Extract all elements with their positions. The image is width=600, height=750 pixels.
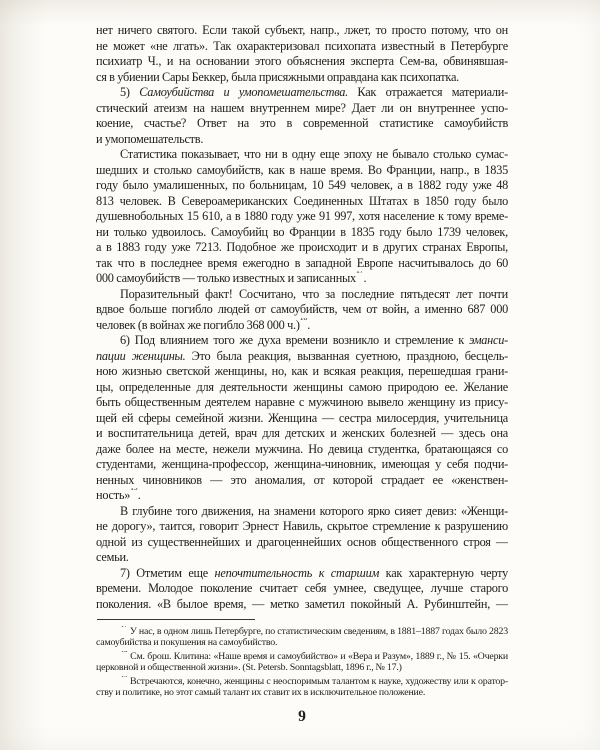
text-line: 5) Самоубийства и умопомешательства. Как… <box>96 85 508 101</box>
footnote-divider <box>97 619 255 620</box>
text-line: психиатр Ч., и на основании этого объясн… <box>96 54 508 70</box>
footnote-line: самоубийства и покушения на самоубийство… <box>96 637 508 648</box>
text-line: душевнобольных 15 610, а в 1880 году уже… <box>96 209 508 225</box>
text-segment: У нас, в одном лишь Петербурге, по стати… <box>128 626 508 637</box>
paragraph-1: нет ничего святого. Если такой субъект, … <box>96 23 508 85</box>
paragraph-4: Поразительный факт! Сосчитано, что за по… <box>96 287 508 334</box>
italic-segment: непочтительность к старшим <box>215 566 380 580</box>
text-line: семьи. <box>96 550 508 566</box>
text-line: быть общественным деятелем наравне с муж… <box>96 395 508 411</box>
text-line: ся в убиении Сары Беккер, была присяжным… <box>96 70 508 86</box>
paragraph-6: В глубине того движения, на знамени кото… <box>96 504 508 566</box>
text-line: студентами, женщина-профессор, женщина-ч… <box>96 457 508 473</box>
text-line: поколения. «В былое время, — метко замет… <box>96 597 508 613</box>
italic-segment: пации женщины. <box>96 349 185 363</box>
text-line: так что в последнее время ежегодно в зап… <box>96 256 508 272</box>
text-line: пации женщины. Это была реакция, вызванн… <box>96 349 508 365</box>
text-line: 813 человек. В Североамериканских Соедин… <box>96 194 508 210</box>
text-segment: 5) <box>120 85 139 99</box>
footnote-line: ству и политике, но этот самый талант их… <box>96 687 508 698</box>
footnote-line: 17 У нас, в одном лишь Петербурге, по ст… <box>96 626 508 637</box>
text-line: Поразительный факт! Сосчитано, что за по… <box>96 287 508 303</box>
footnote-ref-18: 18 <box>300 318 308 322</box>
text-line: а в 1883 году уже 7213. Подобное же прои… <box>96 240 508 256</box>
footnote-ref-19: 19 <box>130 488 138 492</box>
footnote-marker-19: 19 <box>121 676 128 679</box>
text-line: ненных чиновников — это аномалия, от кот… <box>96 473 508 489</box>
footnote-line: 19 Встречаются, конечно, женщины с неосп… <box>96 676 508 687</box>
text-line: не дорогу», таится, говорит Эрнест Навил… <box>96 519 508 535</box>
text-line: и умопомешательств. <box>96 132 508 148</box>
text-line: году было умалишенных, по больницам, 10 … <box>96 178 508 194</box>
text-line: 000 самоубийств — только известных и зап… <box>96 271 508 287</box>
page-number: 9 <box>96 708 508 726</box>
paragraph-3: Статистика показывает, что ни в одну еще… <box>96 147 508 287</box>
text-line: ною жизнью светской женщины, но, как и в… <box>96 364 508 380</box>
text-line: стический атеизм на нашем внутреннем мир… <box>96 101 508 117</box>
footnote-ref-17: 17 <box>356 271 364 275</box>
footnote-18: 18 См. брош. Клитина: «Наше время и само… <box>96 651 508 673</box>
text-line: 6) Под влиянием того же духа времени воз… <box>96 333 508 349</box>
text-segment: Встречаются, конечно, женщины с неоспори… <box>128 676 508 687</box>
footnote-marker-17: 17 <box>121 626 128 629</box>
footnote-marker-18: 18 <box>121 651 128 654</box>
footnote-19: 19 Встречаются, конечно, женщины с неосп… <box>96 676 508 698</box>
italic-segment: Самоубийства и умопомешательства. <box>139 85 348 99</box>
text-line: нет ничего святого. Если такой субъект, … <box>96 23 508 39</box>
text-line: шедших и столько самоубийств, как в наше… <box>96 163 508 179</box>
paragraph-2: 5) Самоубийства и умопомешательства. Как… <box>96 85 508 147</box>
scanned-book-page: нет ничего святого. Если такой субъект, … <box>0 0 600 750</box>
text-line: не может «не лгать». Так охарактеризовал… <box>96 39 508 55</box>
text-segment: Как отражается материали- <box>348 85 508 99</box>
italic-segment: эманси- <box>469 333 508 347</box>
text-segment: . <box>138 488 141 502</box>
text-segment: 000 самоубийств — только известных и зап… <box>96 271 356 285</box>
footnotes-section: 17 У нас, в одном лишь Петербурге, по ст… <box>96 626 508 701</box>
text-line: человек (в войнах же погибло 368 000 ч.)… <box>96 318 508 334</box>
text-segment: Это была реакция, вызванная суетною, пра… <box>185 349 508 363</box>
text-line: Статистика показывает, что ни в одну еще… <box>96 147 508 163</box>
text-segment: См. брош. Клитина: «Наше время и самоуби… <box>128 651 508 662</box>
footnote-line: 18 См. брош. Клитина: «Наше время и само… <box>96 651 508 662</box>
footnote-line: церковной и общественной жизни». (St. Pe… <box>96 662 508 673</box>
text-block: нет ничего святого. Если такой субъект, … <box>96 23 508 612</box>
text-segment: 6) Под влиянием того же духа времени воз… <box>120 333 469 347</box>
paragraph-5: 6) Под влиянием того же духа времени воз… <box>96 333 508 504</box>
text-line: ни только удвоилось. Самоубийц во Франци… <box>96 225 508 241</box>
text-segment: человек (в войнах же погибло 368 000 ч.) <box>96 318 300 332</box>
text-segment: как характерную черту <box>379 566 508 580</box>
text-line: ность»19. <box>96 488 508 504</box>
paragraph-7: 7) Отметим еще непочтительность к старши… <box>96 566 508 613</box>
text-line: времени. Молодое поколение считает себя … <box>96 581 508 597</box>
text-line: вдвое больше погибло людей от самоубийст… <box>96 302 508 318</box>
text-segment: . <box>307 318 310 332</box>
text-segment: ность» <box>96 488 130 502</box>
text-line: коение, счастье? Ответ на это в современ… <box>96 116 508 132</box>
text-line: цы, определенные для деятельности женщин… <box>96 380 508 396</box>
text-line: и воспитательница детей, врач для детски… <box>96 426 508 442</box>
text-line: даже более на месте, нежели мужчина. Но … <box>96 442 508 458</box>
footnote-17: 17 У нас, в одном лишь Петербурге, по ст… <box>96 626 508 648</box>
text-line: одной из существеннейших и драгоценнейши… <box>96 535 508 551</box>
text-segment: 7) Отметим еще <box>120 566 215 580</box>
text-line: В глубине того движения, на знамени кото… <box>96 504 508 520</box>
text-line: щей ей сферы семейной жизни. Женщина — с… <box>96 411 508 427</box>
text-line: 7) Отметим еще непочтительность к старши… <box>96 566 508 582</box>
